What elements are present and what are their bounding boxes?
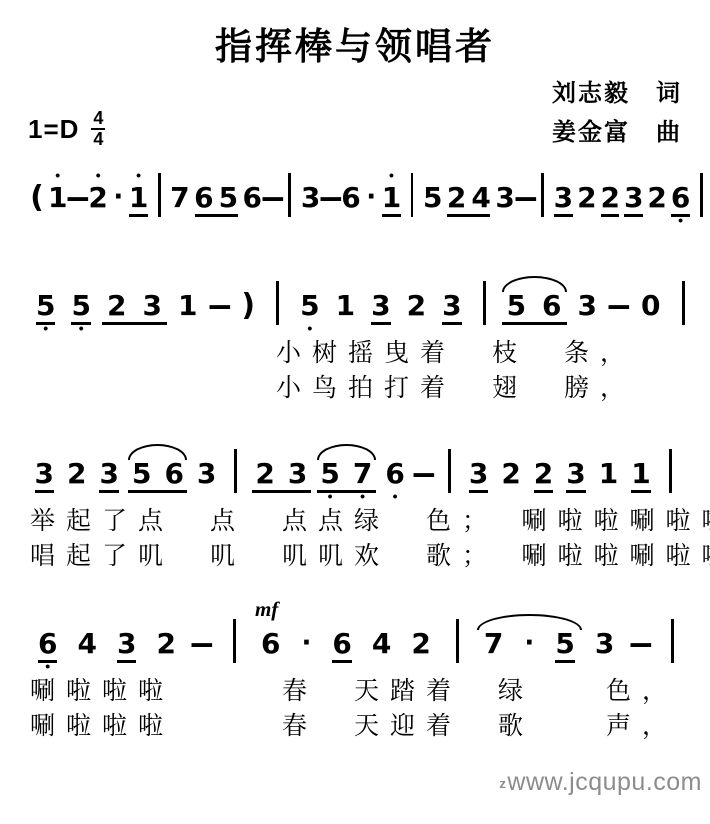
note: - [519, 170, 531, 228]
note-digit: 6 [261, 629, 280, 660]
note-digit: 2 [647, 183, 666, 214]
note: 6 [342, 170, 360, 228]
note-group: 7·5 [474, 616, 585, 674]
barline [288, 173, 291, 217]
meter-denominator: 4 [91, 128, 105, 148]
note-digit: ( [30, 183, 44, 214]
note-digit: 5 [132, 459, 151, 490]
lyric-line-2-verse-2: 小鸟拍打着 翅 膀， [0, 371, 710, 406]
note: 2 [411, 616, 430, 674]
meter-numerator: 4 [91, 110, 105, 128]
beam-line [624, 214, 642, 217]
barline [411, 173, 414, 217]
note: 2 [255, 446, 274, 504]
note: 1 [631, 446, 650, 504]
beam-line [566, 490, 585, 493]
note: •1 [129, 170, 147, 228]
beam-line [332, 660, 351, 663]
note-digit: 6 [385, 459, 404, 490]
note-digit: - [259, 183, 287, 214]
lyric-line-3-verse-1: 举起了点 点 点点绿 色； 唰啦啦唰啦啦 [0, 504, 710, 539]
note-digit: 1 [178, 291, 197, 322]
beam-line [38, 660, 57, 663]
note-digit: 2 [411, 629, 430, 660]
note: - [266, 170, 278, 228]
beam-line [555, 660, 574, 663]
note: 5• [300, 278, 319, 336]
barline [448, 449, 451, 493]
beam-line [117, 660, 136, 663]
parenthesis: ) [241, 278, 255, 336]
note-digit: 5 [320, 459, 339, 490]
music-line-2: 5•5•231-)5•1323563-0 [0, 278, 710, 336]
note: 3 [371, 278, 390, 336]
note-digit: 3 [371, 291, 390, 322]
note-digit: - [605, 291, 633, 322]
note: 2 [156, 616, 175, 674]
note-digit: 3 [197, 459, 216, 490]
barline [682, 281, 685, 325]
note-digit: - [205, 291, 233, 322]
note-digit: 2 [156, 629, 175, 660]
note: - [72, 170, 84, 228]
note: 4 [77, 616, 96, 674]
note-digit: 7 [353, 459, 372, 490]
note-digit: 5 [423, 183, 442, 214]
parenthesis: ( [31, 170, 44, 228]
note-digit: 5 [555, 629, 574, 660]
beam-line [195, 214, 238, 217]
note-digit: 1 [129, 183, 148, 214]
beam-line [252, 490, 311, 493]
note-digit: 5 [300, 291, 319, 322]
note-digit: 0 [641, 291, 660, 322]
beam-line [469, 490, 488, 493]
note-digit: - [410, 459, 438, 490]
note: 3 [142, 278, 161, 336]
note: 1 [178, 278, 197, 336]
note: - [634, 616, 646, 674]
note-digit: 2 [107, 291, 126, 322]
key-signature: 1=D 4 4 [28, 110, 105, 152]
note-group: 23 [249, 446, 314, 504]
beam-line [447, 214, 490, 217]
note: 5• [36, 278, 55, 336]
note-digit: · [366, 183, 376, 214]
note-digit: 2 [501, 459, 520, 490]
note-digit: 2 [534, 459, 553, 490]
note: 3 [578, 278, 597, 336]
beam-line [71, 322, 90, 325]
note-digit: 3 [442, 291, 461, 322]
note-digit: 2 [601, 183, 620, 214]
note: 7 [171, 170, 189, 228]
note: 6 [332, 616, 351, 674]
note-digit: 3 [288, 459, 307, 490]
note: 2 [447, 170, 466, 228]
note-digit: · [301, 629, 311, 660]
note-digit: 1 [631, 459, 650, 490]
note-digit: 5 [71, 291, 90, 322]
note: 4 [471, 170, 490, 228]
lyric-line-4-verse-2: 唰啦啦啦 春 天迎着 歌 声， [0, 709, 710, 744]
note-digit: 6 [341, 183, 360, 214]
note-digit: 4 [77, 629, 96, 660]
note: 3 [197, 446, 216, 504]
note: 4 [372, 616, 391, 674]
note: 6• [38, 616, 57, 674]
note: •2 [89, 170, 107, 228]
note-digit: 4 [471, 183, 490, 214]
beam-line [554, 214, 572, 217]
note-digit: 6 [671, 183, 690, 214]
note: 3 [595, 616, 614, 674]
note-digit: 3 [35, 459, 54, 490]
note-digit: 3 [566, 459, 585, 490]
note: 1 [336, 278, 355, 336]
note: 3 [624, 170, 642, 228]
note: 5• [71, 278, 90, 336]
note-digit: 3 [595, 629, 614, 660]
song-title: 指挥棒与领唱者 [0, 16, 710, 70]
note: - [196, 616, 208, 674]
note: - [418, 446, 430, 504]
watermark-url: www.jcqupu.com [507, 768, 702, 797]
note: 6mf [261, 616, 280, 674]
note: - [613, 278, 625, 336]
note-group: 5•7• [314, 446, 379, 504]
note: 3 [566, 446, 585, 504]
note: 6 [194, 170, 213, 228]
barline [669, 449, 672, 493]
note-digit: 3 [554, 183, 573, 214]
note-digit: 6 [38, 629, 57, 660]
music-line-3: 323563235•7•6•-322311 [0, 446, 710, 504]
barline [456, 619, 459, 663]
note: 2 [407, 278, 426, 336]
note: - [325, 170, 337, 228]
note: 3 [442, 278, 461, 336]
note-digit: 3 [624, 183, 643, 214]
augmentation-dot: · [365, 170, 377, 228]
note: 3 [554, 170, 572, 228]
note: 3 [288, 446, 307, 504]
note: 2 [67, 446, 86, 504]
dynamics-marking: mf [255, 597, 278, 622]
barline [233, 619, 236, 663]
lyricist-credit: 刘志毅 词 [552, 74, 682, 113]
tonality-label: 1=D [28, 114, 79, 145]
note-digit: 3 [117, 629, 136, 660]
octave-dots-low: • [393, 490, 398, 504]
note-digit: 7 [484, 629, 503, 660]
note-digit: 7 [170, 183, 189, 214]
augmentation-dot: · [112, 170, 124, 228]
beam-line [382, 214, 400, 217]
beam-line [671, 214, 689, 217]
note: 6• [671, 170, 689, 228]
lyric-line-3-verse-2: 唱起了叽 叽 叽叽欢 歌； 唰啦啦唰啦啦 [0, 539, 710, 574]
note-digit: 5 [219, 183, 238, 214]
note: 2 [501, 446, 520, 504]
time-signature: 4 4 [91, 110, 105, 148]
note-digit: - [511, 183, 539, 214]
beam-line [534, 490, 553, 493]
note: 2 [534, 446, 553, 504]
note-group: 56 [125, 446, 190, 504]
note-digit: 1 [336, 291, 355, 322]
note-digit: 2 [447, 183, 466, 214]
beam-line [129, 214, 147, 217]
note-digit: 5 [36, 291, 55, 322]
note: •1 [382, 170, 400, 228]
watermark-logo-icon: z [499, 776, 506, 791]
note-digit: - [188, 629, 216, 660]
lyric-line-2-verse-1: 小树摇曳着 枝 条， [0, 336, 710, 371]
note-digit: 2 [88, 183, 107, 214]
beam-line [442, 322, 461, 325]
note-digit: ) [241, 291, 255, 322]
lyric-line-4-verse-1: 唰啦啦啦 春 天踏着 绿 色， [0, 674, 710, 709]
octave-dots-low: • [307, 322, 312, 336]
note-digit: 2 [255, 459, 274, 490]
note: 2 [648, 170, 666, 228]
note-group: 23 [99, 278, 170, 336]
note: 3 [117, 616, 136, 674]
note: 2 [601, 170, 619, 228]
note-digit: 1 [382, 183, 401, 214]
note: 2 [578, 170, 596, 228]
beam-line [317, 490, 376, 493]
note: 2 [107, 278, 126, 336]
note: 0 [641, 278, 660, 336]
note-group: 56 [499, 278, 570, 336]
note-digit: 1 [599, 459, 618, 490]
beam-line [128, 490, 187, 493]
note-digit: · [113, 183, 123, 214]
beam-line [631, 490, 650, 493]
beam-line [371, 322, 390, 325]
note-group: 65 [192, 170, 241, 228]
beam-line [102, 322, 167, 325]
beam-line [502, 322, 567, 325]
barline [671, 619, 674, 663]
barline [700, 173, 703, 217]
note-digit: - [626, 629, 654, 660]
beam-line [99, 490, 118, 493]
barline [483, 281, 486, 325]
note: 3 [99, 446, 118, 504]
barline [276, 281, 279, 325]
note-digit: 4 [372, 629, 391, 660]
beam-line [36, 322, 55, 325]
barline [234, 449, 237, 493]
note-digit: 6 [164, 459, 183, 490]
note: 3 [35, 446, 54, 504]
note: 3 [469, 446, 488, 504]
note-group: 24 [444, 170, 493, 228]
composer-credit: 姜金富 曲 [552, 113, 682, 152]
header-row: 1=D 4 4 刘志毅 词 姜金富 曲 [0, 74, 710, 152]
note-digit: 2 [577, 183, 596, 214]
barline [158, 173, 161, 217]
note-digit: 3 [578, 291, 597, 322]
note-digit: 6 [194, 183, 213, 214]
note-digit: · [524, 629, 534, 660]
note: 5 [423, 170, 441, 228]
note-digit: 3 [99, 459, 118, 490]
music-line-4: 6•432-6mf·6427·53- [0, 616, 710, 674]
music-line-1: (•1-•2·•17656-3-6·•15243-322326• [0, 170, 710, 228]
beam-line [601, 214, 619, 217]
note-digit: 2 [67, 459, 86, 490]
barline [541, 173, 544, 217]
note-digit: 3 [469, 459, 488, 490]
note: 6• [385, 446, 404, 504]
note: - [213, 278, 225, 336]
credits: 刘志毅 词 姜金富 曲 [552, 74, 682, 152]
note: 1 [599, 446, 618, 504]
note-digit: 2 [407, 291, 426, 322]
note-digit: 5 [507, 291, 526, 322]
note-digit: 6 [332, 629, 351, 660]
augmentation-dot: · [300, 616, 312, 674]
note-digit: 3 [142, 291, 161, 322]
note: 5 [219, 170, 238, 228]
watermark: z www.jcqupu.com [0, 768, 710, 797]
note-digit: 6 [542, 291, 561, 322]
beam-line [35, 490, 54, 493]
